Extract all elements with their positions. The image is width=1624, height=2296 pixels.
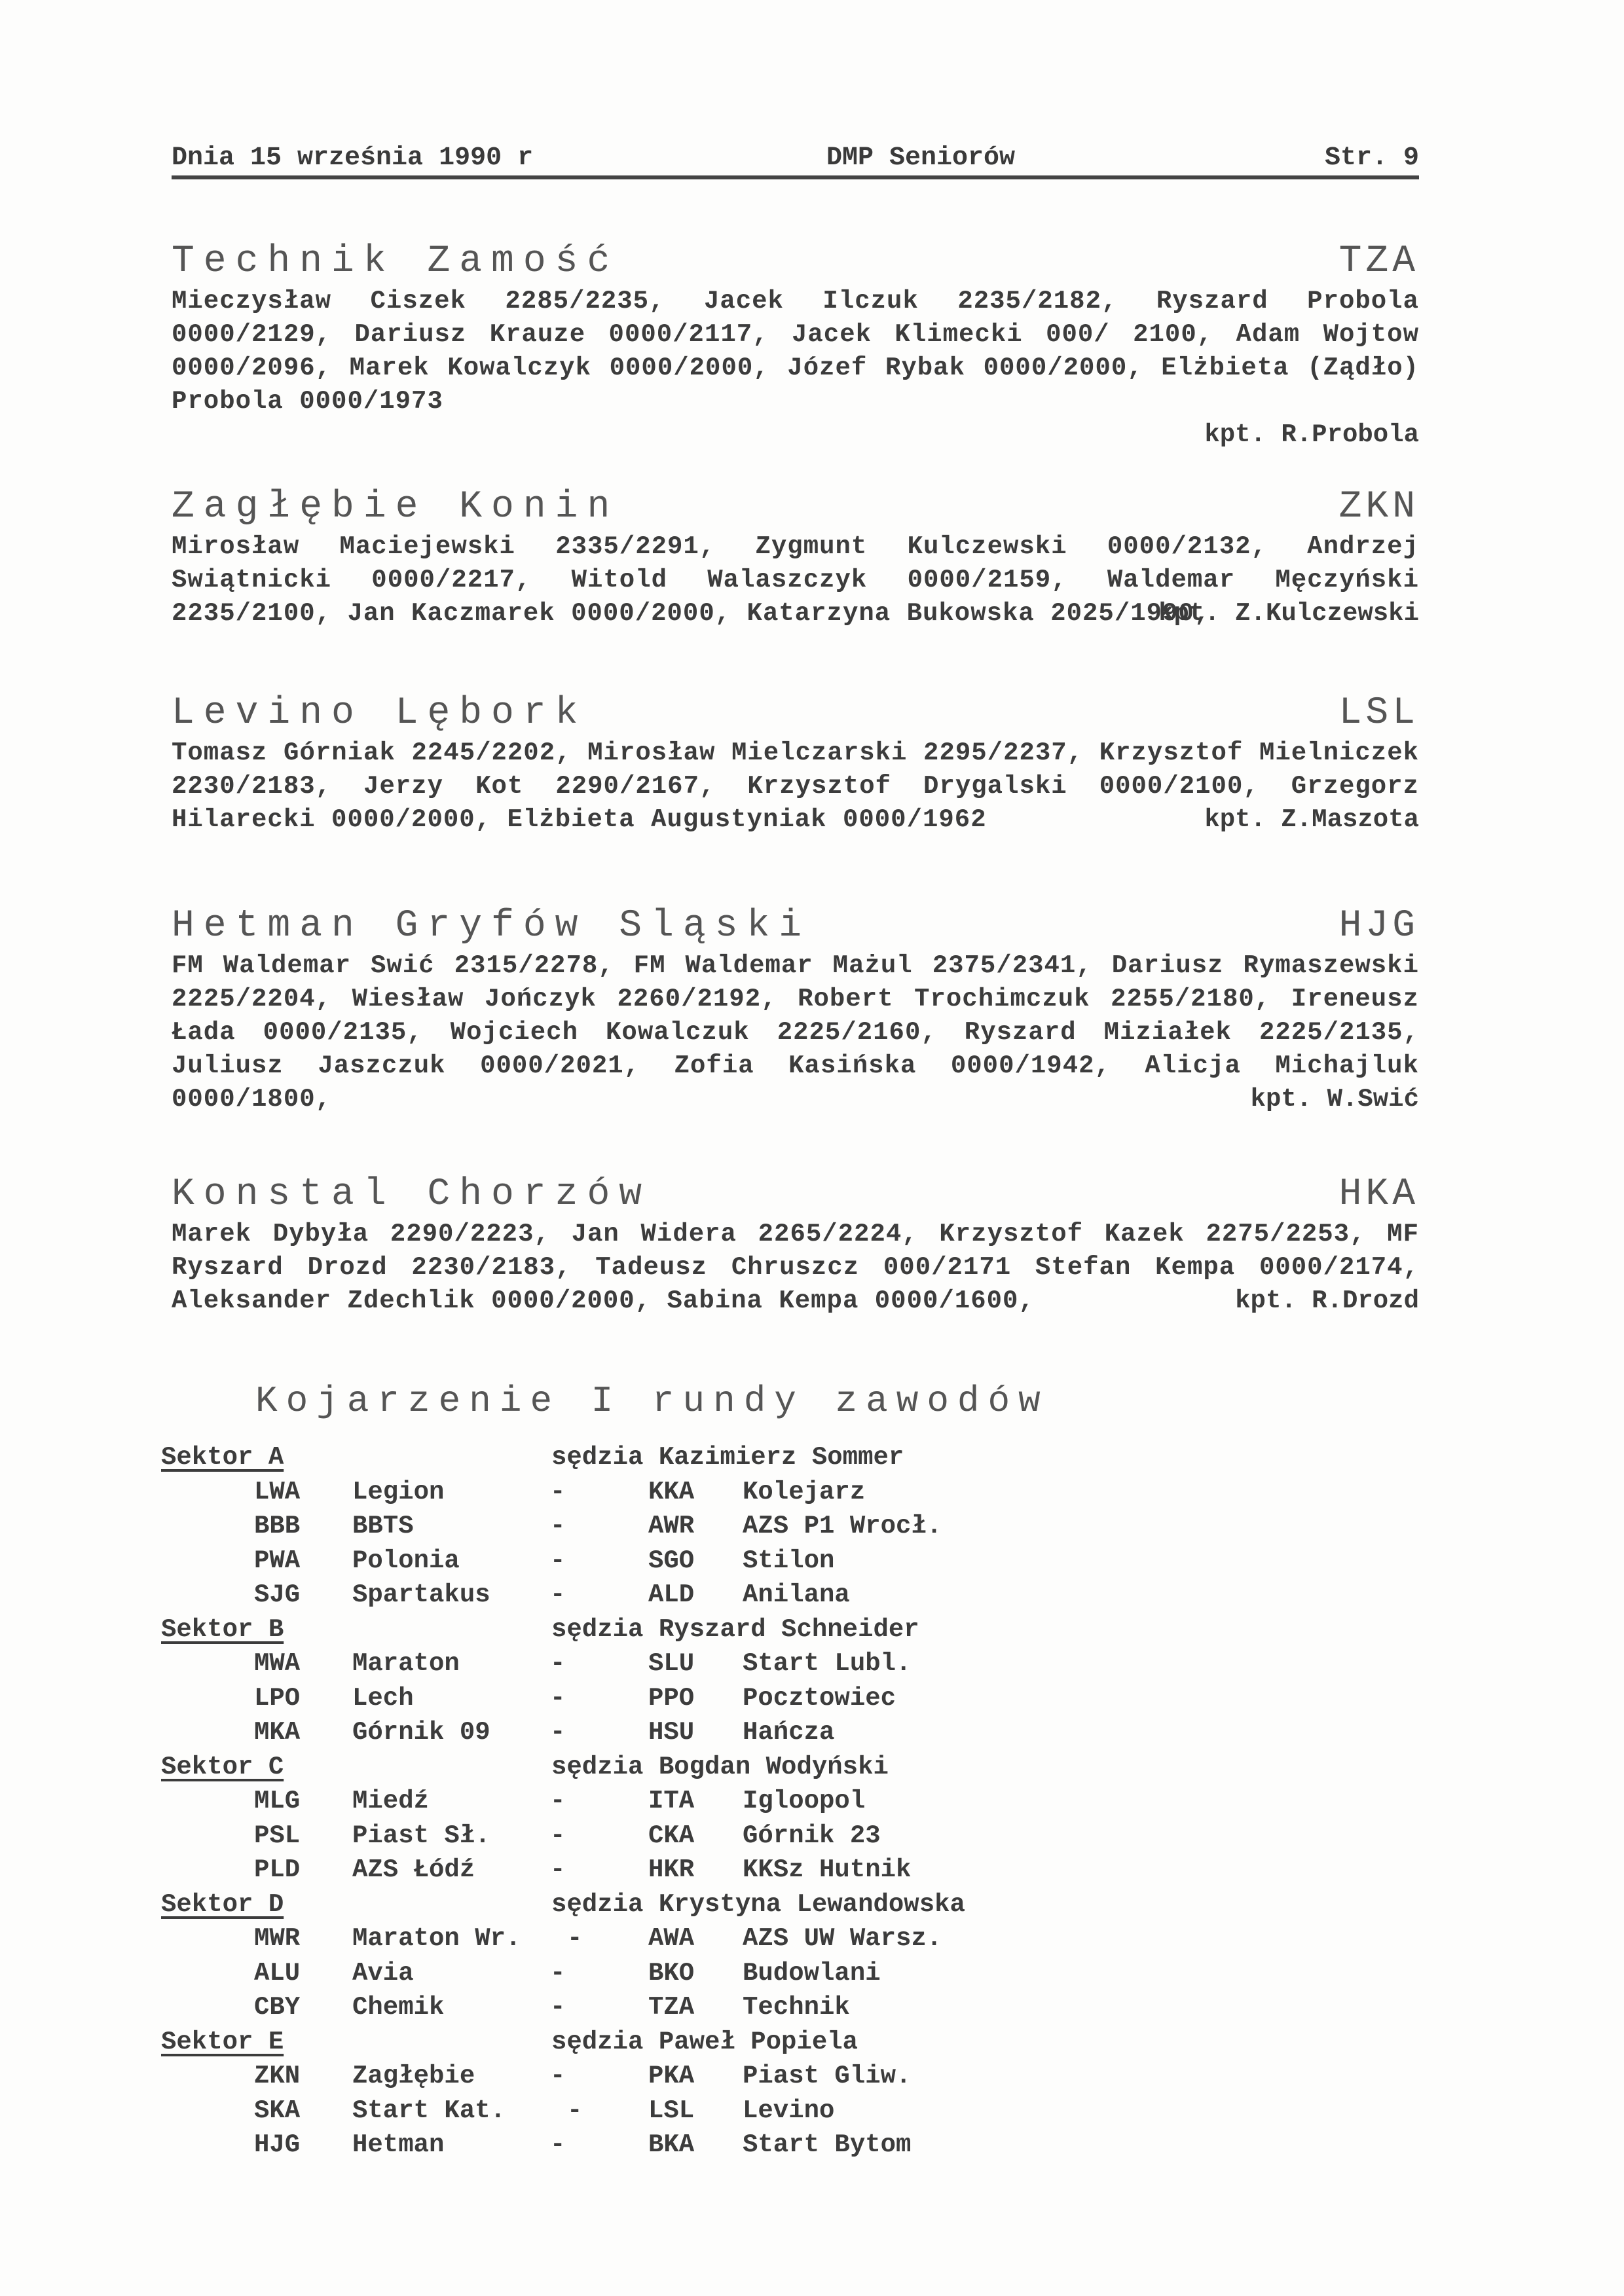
match-row: PLD AZS Łódź - HKR KKSz Hutnik <box>161 1853 1209 1887</box>
away-team: Levino <box>743 2094 834 2128</box>
home-team: BBTS <box>352 1509 414 1543</box>
match-row: ALU Avia - BKO Budowlani <box>161 1956 1209 1991</box>
team-section: Levino Lębork LSL Tomasz Górniak 2245/22… <box>172 691 1419 837</box>
sector-header: Sektor A sędzia Kazimierz Sommer <box>161 1440 1209 1475</box>
sector-header: Sektor E sędzia Paweł Popiela <box>161 2025 1209 2060</box>
sector-header: Sektor B sędzia Ryszard Schneider <box>161 1613 1209 1647</box>
match-row: MLG Miedź - ITA Igloopol <box>161 1784 1209 1819</box>
team-name: Hetman Gryfów Sląski <box>172 903 811 949</box>
sector-header: Sektor C sędzia Bogdan Wodyński <box>161 1750 1209 1785</box>
away-code: HSU <box>648 1715 694 1749</box>
home-code: ALU <box>254 1956 320 1990</box>
team-roster: Mieczysław Ciszek 2285/2235, Jacek Ilczu… <box>172 285 1419 418</box>
home-code: PSL <box>254 1819 320 1853</box>
match-row: CBY Chemik - TZA Technik <box>161 1990 1209 2025</box>
match-dash: - <box>567 1922 582 1956</box>
pairings-title: Kojarzenie I rundy zawodów <box>255 1378 1049 1424</box>
pairings-table: Sektor A sędzia Kazimierz Sommer LWA Leg… <box>161 1440 1209 2162</box>
sector-referee: sędzia Bogdan Wodyński <box>551 1750 889 1784</box>
match-dash: - <box>550 1990 565 2024</box>
team-code: TZA <box>1339 239 1419 285</box>
team-captain: kpt. R.Probola <box>172 418 1419 452</box>
match-dash: - <box>550 2128 565 2162</box>
home-team: Lech <box>352 1681 414 1715</box>
sector-referee: sędzia Paweł Popiela <box>551 2025 858 2059</box>
match-row: LWA Legion - KKA Kolejarz <box>161 1475 1209 1510</box>
home-code: BBB <box>254 1509 320 1543</box>
team-name: Technik Zamość <box>172 239 619 285</box>
team-section: Konstal Chorzów HKA Marek Dybyła 2290/22… <box>172 1172 1419 1318</box>
away-team: AZS UW Warsz. <box>743 1922 942 1956</box>
home-code: ZKN <box>254 2059 320 2093</box>
home-code: MWA <box>254 1647 320 1681</box>
home-team: Górnik 09 <box>352 1715 490 1749</box>
team-section: Hetman Gryfów Sląski HJG FM Waldemar Swi… <box>172 903 1419 1116</box>
match-row: SJG Spartakus - ALD Anilana <box>161 1578 1209 1613</box>
match-row: LPO Lech - PPO Pocztowiec <box>161 1681 1209 1716</box>
team-section: Zagłębie Konin ZKN Mirosław Maciejewski … <box>172 484 1419 630</box>
home-team: Maraton <box>352 1647 460 1681</box>
away-team: Start Bytom <box>743 2128 911 2162</box>
match-dash: - <box>550 1544 565 1578</box>
away-code: BKA <box>648 2128 694 2162</box>
home-team: Spartakus <box>352 1578 490 1612</box>
team-name: Levino Lębork <box>172 691 587 737</box>
away-code: LSL <box>648 2094 694 2128</box>
team-heading: Levino Lębork LSL <box>172 691 1419 737</box>
match-row: MKA Górnik 09 - HSU Hańcza <box>161 1715 1209 1750</box>
home-code: PWA <box>254 1544 320 1578</box>
home-code: LPO <box>254 1681 320 1715</box>
team-code: HJG <box>1339 903 1419 949</box>
document-page: Dnia 15 września 1990 r DMP Seniorów Str… <box>0 0 1624 2296</box>
team-name: Konstal Chorzów <box>172 1172 651 1218</box>
match-row: ZKN Zagłębie - PKA Piast Gliw. <box>161 2059 1209 2094</box>
match-dash: - <box>550 1853 565 1887</box>
home-team: Polonia <box>352 1544 460 1578</box>
match-row: PWA Polonia - SGO Stilon <box>161 1544 1209 1578</box>
team-captain: kpt. W.Swić <box>172 1083 1419 1116</box>
home-team: Zagłębie <box>352 2059 475 2093</box>
home-code: PLD <box>254 1853 320 1887</box>
home-code: HJG <box>254 2128 320 2162</box>
home-team: Chemik <box>352 1990 444 2024</box>
away-team: Start Lubl. <box>743 1647 911 1681</box>
sector-label: Sektor C <box>161 1750 284 1784</box>
match-row: SKA Start Kat. - LSL Levino <box>161 2094 1209 2128</box>
match-row: MWA Maraton - SLU Start Lubl. <box>161 1647 1209 1681</box>
match-dash: - <box>550 1509 565 1543</box>
match-dash: - <box>550 1578 565 1612</box>
header-date: Dnia 15 września 1990 r <box>172 143 533 174</box>
sector-label: Sektor E <box>161 2025 284 2059</box>
team-code: ZKN <box>1339 484 1419 530</box>
away-team: Budowlani <box>743 1956 881 1990</box>
home-code: MWR <box>254 1922 320 1956</box>
team-heading: Technik Zamość TZA <box>172 239 1419 285</box>
sector-header: Sektor D sędzia Krystyna Lewandowska <box>161 1887 1209 1922</box>
team-heading: Zagłębie Konin ZKN <box>172 484 1419 530</box>
home-team: Avia <box>352 1956 414 1990</box>
away-team: Stilon <box>743 1544 834 1578</box>
away-team: AZS P1 Wrocł. <box>743 1509 942 1543</box>
home-code: MKA <box>254 1715 320 1749</box>
home-team: Piast Sł. <box>352 1819 490 1853</box>
sector-referee: sędzia Kazimierz Sommer <box>551 1440 904 1474</box>
match-dash: - <box>550 1956 565 1990</box>
match-dash: - <box>550 1784 565 1818</box>
away-code: TZA <box>648 1990 694 2024</box>
away-code: SLU <box>648 1647 694 1681</box>
away-team: Anilana <box>743 1578 850 1612</box>
header-event: DMP Seniorów <box>826 143 1015 174</box>
team-code: LSL <box>1339 691 1419 737</box>
match-dash: - <box>550 1475 565 1509</box>
sector-referee: sędzia Krystyna Lewandowska <box>551 1887 965 1922</box>
match-dash: - <box>567 2094 582 2128</box>
team-code: HKA <box>1339 1172 1419 1218</box>
page-header: Dnia 15 września 1990 r DMP Seniorów Str… <box>172 143 1419 179</box>
team-heading: Konstal Chorzów HKA <box>172 1172 1419 1218</box>
match-row: PSL Piast Sł. - CKA Górnik 23 <box>161 1819 1209 1853</box>
home-code: MLG <box>254 1784 320 1818</box>
away-team: Igloopol <box>743 1784 865 1818</box>
match-row: MWR Maraton Wr. - AWA AZS UW Warsz. <box>161 1922 1209 1956</box>
home-team: AZS Łódź <box>352 1853 475 1887</box>
match-dash: - <box>550 1715 565 1749</box>
team-heading: Hetman Gryfów Sląski HJG <box>172 903 1419 949</box>
away-code: PKA <box>648 2059 694 2093</box>
sector-label: Sektor A <box>161 1440 284 1474</box>
away-code: ITA <box>648 1784 694 1818</box>
away-team: Technik <box>743 1990 850 2024</box>
away-team: Pocztowiec <box>743 1681 896 1715</box>
home-team: Legion <box>352 1475 444 1509</box>
header-page-number: Str. 9 <box>1325 143 1419 174</box>
away-code: HKR <box>648 1853 694 1887</box>
match-dash: - <box>550 1681 565 1715</box>
away-code: BKO <box>648 1956 694 1990</box>
match-row: BBB BBTS - AWR AZS P1 Wrocł. <box>161 1509 1209 1544</box>
away-code: AWR <box>648 1509 694 1543</box>
away-code: ALD <box>648 1578 694 1612</box>
away-team: Piast Gliw. <box>743 2059 911 2093</box>
away-code: SGO <box>648 1544 694 1578</box>
sector-label: Sektor D <box>161 1887 284 1922</box>
match-dash: - <box>550 2059 565 2093</box>
match-dash: - <box>550 1819 565 1853</box>
home-team: Hetman <box>352 2128 444 2162</box>
home-code: LWA <box>254 1475 320 1509</box>
away-code: KKA <box>648 1475 694 1509</box>
team-name: Zagłębie Konin <box>172 484 619 530</box>
match-dash: - <box>550 1647 565 1681</box>
away-code: CKA <box>648 1819 694 1853</box>
home-code: SKA <box>254 2094 320 2128</box>
home-code: CBY <box>254 1990 320 2024</box>
sector-referee: sędzia Ryszard Schneider <box>551 1613 919 1647</box>
home-team: Maraton Wr. <box>352 1922 521 1956</box>
team-section: Technik Zamość TZA Mieczysław Ciszek 228… <box>172 239 1419 452</box>
sector-label: Sektor B <box>161 1613 284 1647</box>
away-team: KKSz Hutnik <box>743 1853 911 1887</box>
away-code: PPO <box>648 1681 694 1715</box>
home-team: Start Kat. <box>352 2094 506 2128</box>
home-code: SJG <box>254 1578 320 1612</box>
away-team: Kolejarz <box>743 1475 865 1509</box>
away-team: Hańcza <box>743 1715 834 1749</box>
home-team: Miedź <box>352 1784 429 1818</box>
match-row: HJG Hetman - BKA Start Bytom <box>161 2128 1209 2162</box>
away-team: Górnik 23 <box>743 1819 881 1853</box>
away-code: AWA <box>648 1922 694 1956</box>
